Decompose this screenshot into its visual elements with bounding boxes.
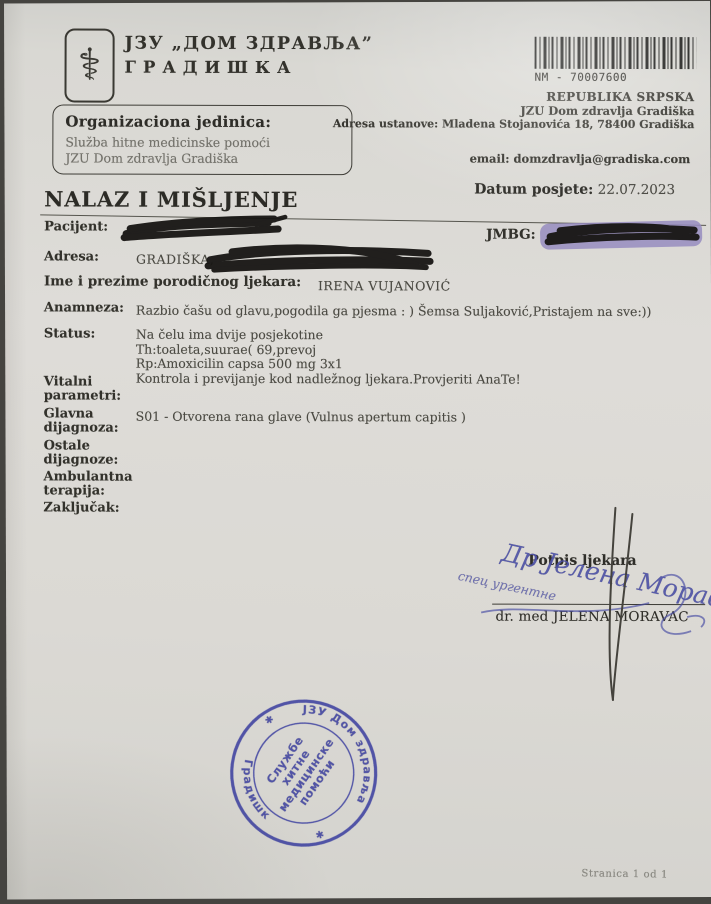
adresa-label: Adresa: <box>44 250 99 264</box>
glavna-value: S01 - Otvorena rana glave (Vulnus apertu… <box>136 409 466 425</box>
org-unit-box: Organizaciona jedinica: Služba hitne med… <box>52 104 352 175</box>
ljekar-value: IRENA VUJANOVIĆ <box>318 278 451 293</box>
pen-stroke <box>557 500 678 716</box>
anamneza-value: Razbio čašu od glavu,pogodila ga pjesma … <box>136 303 681 319</box>
staff-of-asclepius-icon: ⚕ <box>78 43 102 87</box>
clinic-logo: ⚕ <box>64 28 114 102</box>
jmbg-redaction-scribble <box>538 218 708 252</box>
ostale-label: Ostale dijagnoze: <box>44 439 136 466</box>
report-content: ⚕ ЈЗУ „ДОМ ЗДРАВЉА” ГРАДИШКА NM - 700076… <box>4 1 711 899</box>
letterhead-email: email: domzdravlja@gradiska.com <box>470 152 691 167</box>
svg-text:Градишка: Градишка <box>185 733 292 845</box>
zakljucak-label: Zaključak: <box>43 501 135 515</box>
org-unit-title: Organizaciona jedinica: <box>65 112 339 131</box>
anamneza-label: Anamneza: <box>44 301 124 315</box>
status-value: Na čelu ima dvije posjekotine Th:toaleta… <box>136 328 521 387</box>
ljekar-label: Ime i prezime porodičnog ljekara: <box>44 275 301 289</box>
status-line: Kontrola i previjanje kod nadležnog ljek… <box>136 371 521 387</box>
stamp-ring-city: Градишка <box>185 733 292 845</box>
pacijent-label: Pacijent: <box>44 220 108 234</box>
barcode-label: NM - 70007600 <box>535 71 628 84</box>
visit-date-value: 22.07.2023 <box>598 182 675 198</box>
glavna-label: Glavna dijagnoza: <box>44 407 136 434</box>
vitalni-label: Vitalni parametri: <box>44 375 136 402</box>
org-unit-line1: Služba hitne medicinske pomoći <box>65 134 339 151</box>
letterhead-republic: REPUBLIKA SRPSKA <box>274 89 694 104</box>
visit-date: Datum posjete: 22.07.2023 <box>474 182 675 199</box>
visit-date-label: Datum posjete: <box>474 182 593 198</box>
org-unit-line2: JZU Dom zdravlja Gradiška <box>65 150 339 167</box>
jmbg-label: JMBG: <box>486 229 536 243</box>
page-number-footer: Stranica 1 od 1 <box>581 868 668 880</box>
document-photo-paper: ⚕ ЈЗУ „ДОМ ЗДРАВЉА” ГРАДИШКА NM - 700076… <box>4 1 711 899</box>
clinic-name-line2: ГРАДИШКА <box>125 58 298 77</box>
status-label: Status: <box>44 327 95 341</box>
adresa-redaction-scribble <box>202 240 438 277</box>
ambulantna-label: Ambulantna terapija: <box>43 470 135 497</box>
report-title: NALAZ I MIŠLJENJE <box>44 186 298 212</box>
clinic-name-line1: ЈЗУ „ДОМ ЗДРАВЉА” <box>125 34 374 55</box>
barcode <box>535 37 697 69</box>
clinic-round-stamp: ЈЗУ Дом здравља Градишка ✱ ✱ Службе хитн… <box>185 655 422 892</box>
